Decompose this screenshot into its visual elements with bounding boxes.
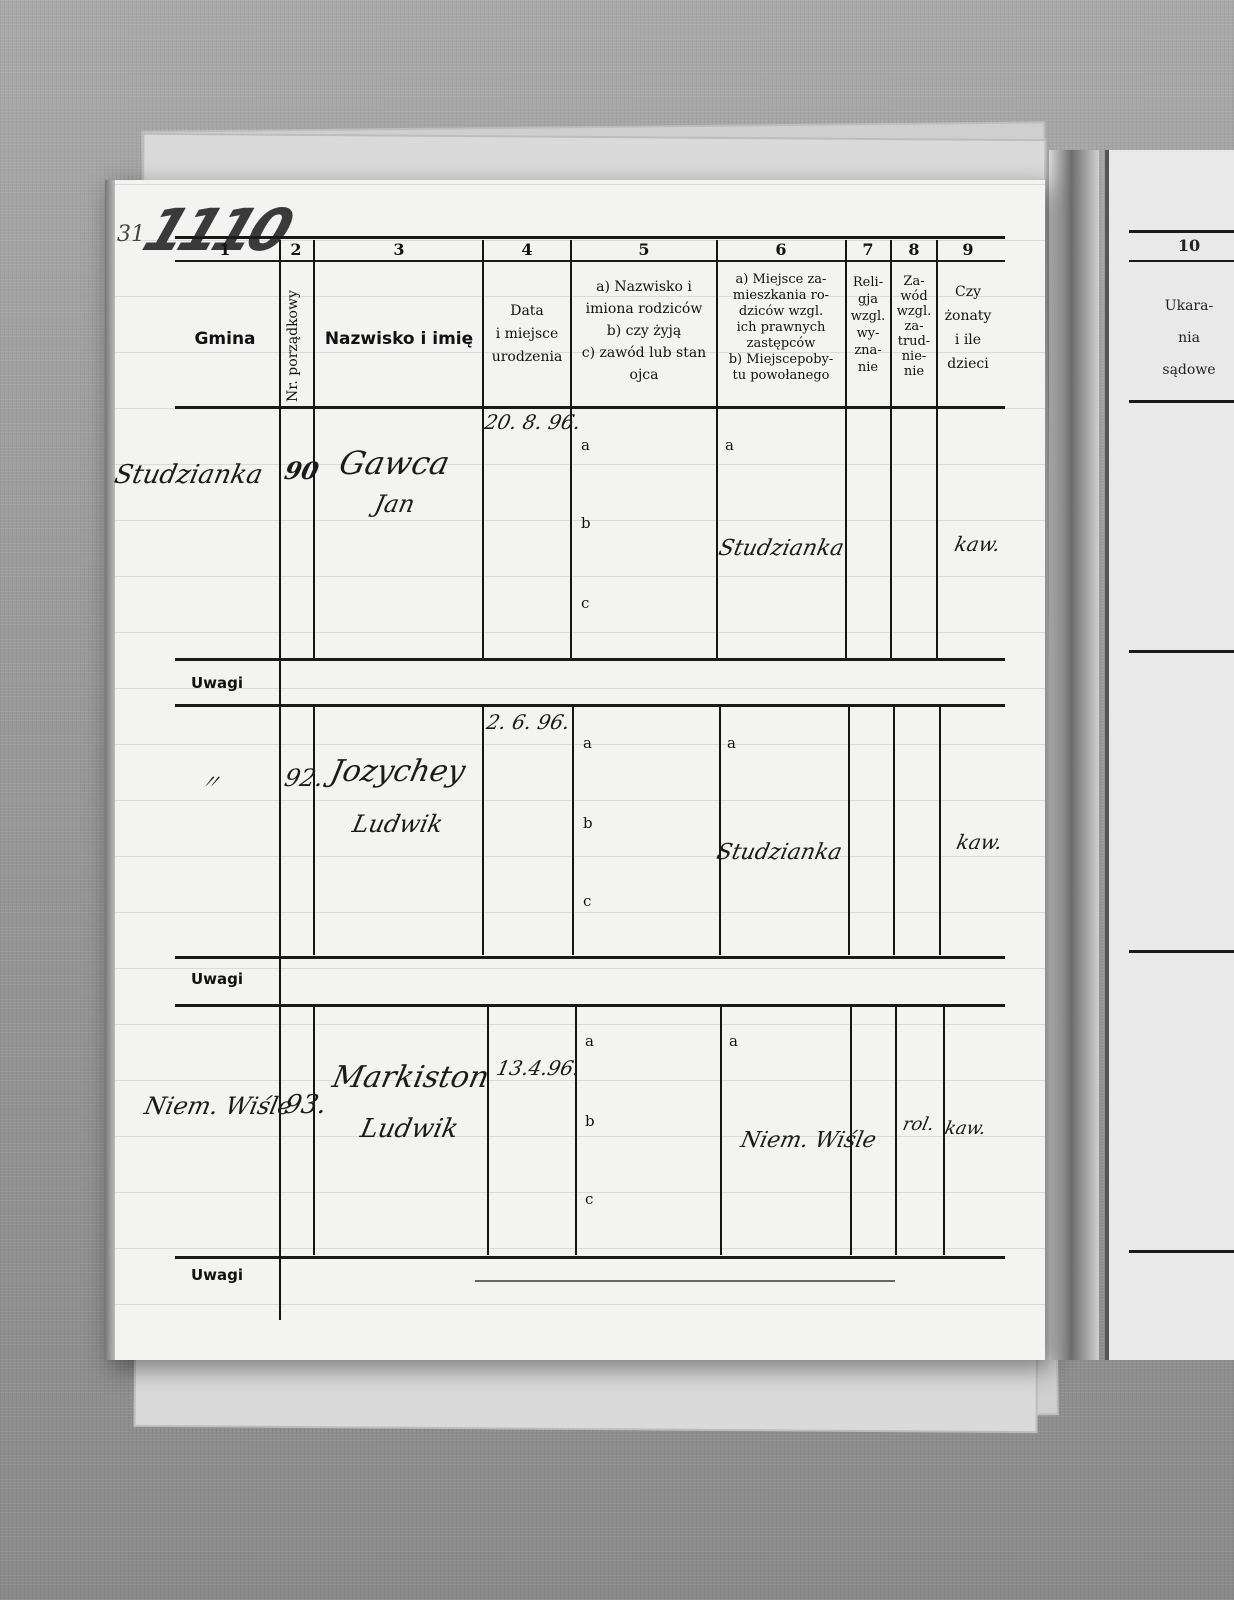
nr-cell: 93. <box>282 1090 330 1120</box>
column-header-10: Ukara- nia sądowe <box>1129 290 1234 386</box>
column-header-marital: Czyżonatyi iledzieci <box>937 280 999 376</box>
sub-label-a: a <box>727 734 736 752</box>
column-number-4: 4 <box>483 240 571 259</box>
sub-label-a: a <box>585 1032 594 1050</box>
given-name-cell: Ludwik <box>358 1114 461 1144</box>
sub-label-c: c <box>581 594 589 612</box>
column-number-6: 6 <box>717 240 845 259</box>
gmina-cell: Studzianka <box>112 460 266 490</box>
column-number-7: 7 <box>845 240 891 259</box>
column-header-residence: a) Miejsce za-mieszkania ro-dziców wzgl.… <box>717 272 845 384</box>
given-name-cell: Jan <box>372 490 417 518</box>
marital-cell: kaw. <box>943 1118 988 1139</box>
sub-label-a: a <box>581 436 590 454</box>
column-header-religion: Reli-gjawzgl.wy-zna-nie <box>845 274 891 376</box>
residence-b-cell: Niem. Wiśle <box>738 1128 878 1153</box>
remarks-label: Uwagi <box>191 674 243 692</box>
sub-label-a: a <box>583 734 592 752</box>
column-number-9: 9 <box>937 240 999 259</box>
occupation-cell: rol. <box>901 1114 936 1135</box>
residence-b-cell: Studzianka <box>714 840 844 865</box>
page-edge <box>105 180 115 1360</box>
column-number-5: 5 <box>571 240 717 259</box>
column-header-gmina: Gmina <box>175 330 275 349</box>
residence-b-cell: Studzianka <box>716 536 846 561</box>
birth-date-cell: 2. 6. 96. <box>484 710 572 734</box>
sub-label-b: b <box>585 1112 595 1130</box>
page-mark-small: 31 <box>117 222 145 247</box>
column-number-8: 8 <box>891 240 937 259</box>
column-number-3: 3 <box>315 240 483 259</box>
remarks-label: Uwagi <box>191 1266 243 1284</box>
marital-cell: kaw. <box>954 830 1004 854</box>
surname-cell: Gawca <box>336 444 453 482</box>
marital-cell: kaw. <box>952 532 1002 556</box>
gmina-cell: 〃 <box>198 766 224 795</box>
surname-cell: Jozychey <box>327 754 468 789</box>
nr-cell: 92. <box>282 764 326 792</box>
birth-date-cell: 20. 8. 96. <box>482 410 583 434</box>
gmina-cell: Niem. Wiśle <box>142 1092 295 1120</box>
column-number-2: 2 <box>281 240 311 259</box>
sub-label-c: c <box>583 892 591 910</box>
sub-label-c: c <box>585 1190 593 1208</box>
given-name-cell: Ludwik <box>350 810 445 838</box>
column-header-occupation: Za-wódwzgl.za-trud-nie-nie <box>891 274 937 379</box>
sub-label-b: b <box>581 514 591 532</box>
column-number-10: 10 <box>1149 236 1229 255</box>
book-spine <box>1049 150 1099 1360</box>
register-page: 31 1110 1 2 3 4 5 6 7 8 9 Gmina Nr. porz… <box>105 180 1045 1360</box>
column-number-1: 1 <box>175 240 275 259</box>
birth-date-cell: 13.4.96. <box>494 1056 582 1080</box>
column-header-parents: a) Nazwisko iimiona rodzicówb) czy żyjąc… <box>571 276 717 386</box>
sub-label-b: b <box>583 814 593 832</box>
nr-cell: 90 <box>282 456 322 485</box>
sub-label-a: a <box>729 1032 738 1050</box>
column-header-nr: Nr. porządkowy <box>285 272 301 402</box>
surname-cell: Markiston <box>329 1060 492 1095</box>
column-header-birth: Datai miejsceurodzenia <box>483 300 571 369</box>
sub-label-a: a <box>725 436 734 454</box>
facing-page: 10 Ukara- nia sądowe <box>1105 150 1234 1360</box>
remarks-label: Uwagi <box>191 970 243 988</box>
column-header-name: Nazwisko i imię <box>315 330 483 349</box>
